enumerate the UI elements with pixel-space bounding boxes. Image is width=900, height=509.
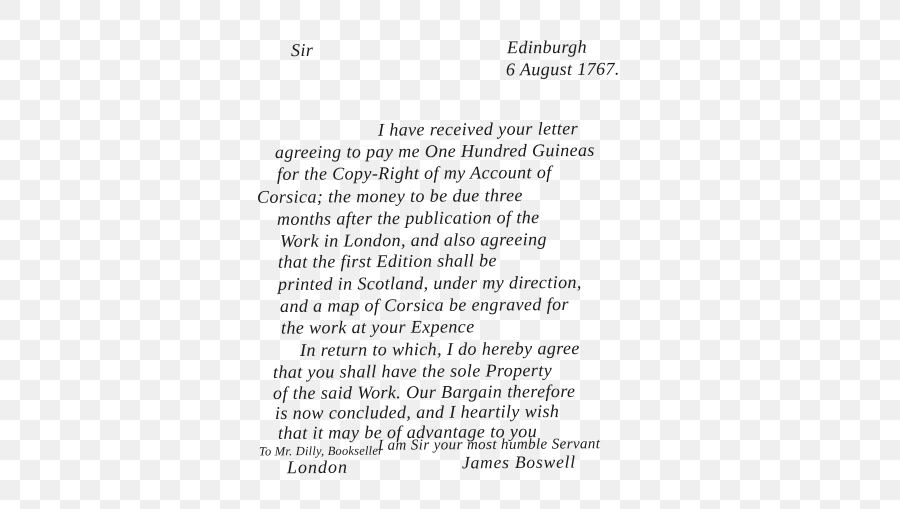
salutation: Sir: [291, 41, 313, 59]
body-line: Work in London, and also agreeing: [280, 230, 547, 250]
body-line: In return to which, I do hereby agree: [300, 339, 580, 359]
body-line: for the Copy-Right of my Account of: [277, 163, 552, 183]
body-line: printed in Scotland, under my direction,: [278, 273, 582, 293]
body-line: and a map of Corsica be engraved for: [280, 295, 569, 315]
body-line: of the said Work. Our Bargain therefore: [273, 382, 576, 402]
address-line: London: [287, 458, 348, 476]
address-line: To Mr. Dilly, Bookseller: [259, 445, 383, 458]
signature: James Boswell: [462, 454, 576, 472]
body-line: months after the publication of the: [277, 208, 540, 228]
body-line: Corsica; the money to be due three: [257, 186, 523, 206]
body-line: I have received your letter: [378, 119, 578, 138]
body-line: is now concluded, and I heartily wish: [275, 402, 559, 422]
body-line: agreeing to pay me One Hundred Guineas: [275, 141, 595, 161]
letter-scan: Sir Edinburgh 6 August 1767. I have rece…: [0, 0, 900, 509]
dateline-date: 6 August 1767.: [506, 60, 620, 79]
body-line: the work at your Expence: [281, 317, 475, 336]
body-line: that you shall have the sole Property: [273, 361, 552, 381]
body-line: that the first Edition shall be: [278, 251, 497, 271]
dateline-place: Edinburgh: [507, 38, 587, 57]
